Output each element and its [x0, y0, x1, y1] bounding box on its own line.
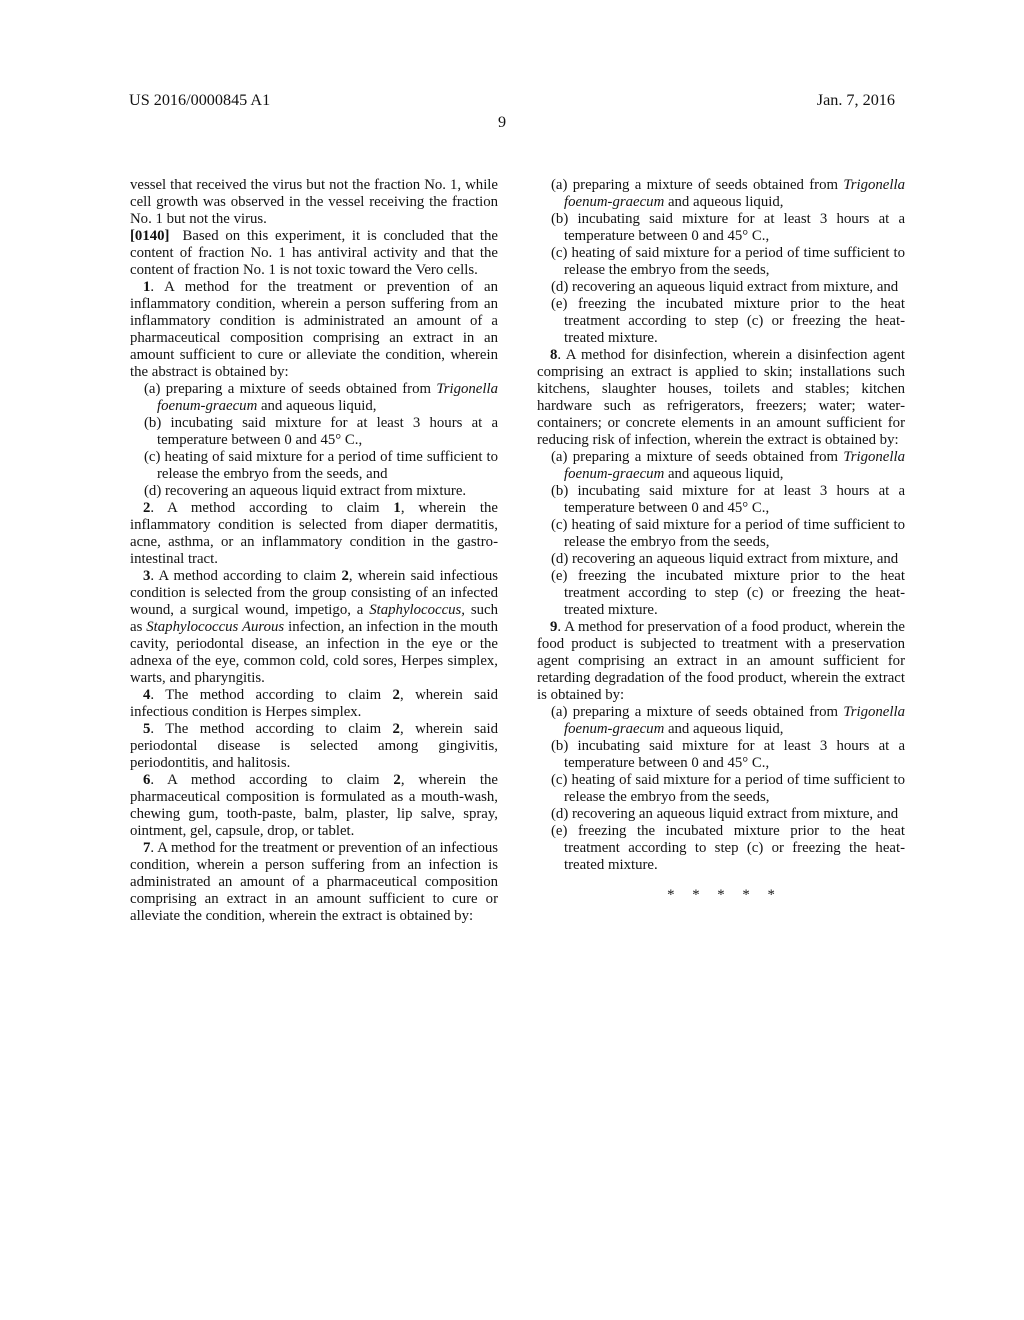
claim-step-b: (b) incubating said mixture for at least… [130, 415, 498, 449]
claim-paragraph: 6. A method according to claim 2, wherei… [130, 772, 498, 840]
text-run: 2 [341, 568, 348, 584]
claim-paragraph: 7. A method for the treatment or prevent… [130, 840, 498, 925]
claim-step-d: (d) recovering an aqueous liquid extract… [130, 483, 498, 500]
text-run: . A method for disinfection, wherein a d… [537, 347, 905, 448]
step-label: (b) [551, 738, 577, 754]
text-run: 2 [393, 772, 400, 788]
text-run: incubating said mixture for at least 3 h… [157, 415, 498, 448]
text-run: freezing the incubated mixture prior to … [564, 568, 905, 618]
step-label: (e) [551, 296, 578, 312]
text-run: heating of said mixture for a period of … [564, 245, 905, 278]
text-run: recovering an aqueous liquid extract fro… [572, 551, 898, 567]
claim-step-e: (e) freezing the incubated mixture prior… [537, 568, 905, 619]
text-run: . A method according to claim [150, 568, 341, 584]
step-label: (d) [551, 279, 572, 295]
text-run: 1 [393, 500, 400, 516]
claim-step-a: (a) preparing a mixture of seeds obtaine… [537, 177, 905, 211]
text-run: incubating said mixture for at least 3 h… [564, 483, 905, 516]
step-label: (b) [551, 211, 577, 227]
text-run: . A method according to claim [150, 500, 393, 516]
right-column: (a) preparing a mixture of seeds obtaine… [537, 177, 905, 925]
claim-step-b: (b) incubating said mixture for at least… [537, 483, 905, 517]
claim-paragraph: 3. A method according to claim 2, wherei… [130, 568, 498, 687]
paragraph-tag: [0140] [130, 228, 169, 244]
text-run: heating of said mixture for a period of … [157, 449, 498, 482]
patent-number: US 2016/0000845 A1 [129, 91, 270, 110]
claim-step-d: (d) recovering an aqueous liquid extract… [537, 551, 905, 568]
text-run: preparing a mixture of seeds obtained fr… [573, 449, 844, 465]
step-label: (a) [551, 704, 573, 720]
text-run: and aqueous liquid, [257, 398, 376, 414]
text-run: Staphylococcus Aurous [146, 619, 284, 635]
text-run: and aqueous liquid, [664, 466, 783, 482]
claim-paragraph: 1. A method for the treatment or prevent… [130, 279, 498, 381]
claim-paragraph: 9. A method for preservation of a food p… [537, 619, 905, 704]
text-run: * * * * * [667, 887, 775, 903]
claim-paragraph: 2. A method according to claim 1, wherei… [130, 500, 498, 568]
step-label: (a) [551, 177, 573, 193]
claim-step-e: (e) freezing the incubated mixture prior… [537, 823, 905, 874]
text-run: and aqueous liquid, [664, 194, 783, 210]
text-run: Based on this experiment, it is conclude… [130, 228, 498, 278]
step-label: (d) [551, 551, 572, 567]
text-run: Staphylococcus, [369, 602, 465, 618]
text-run: 2 [393, 687, 400, 703]
text-run: freezing the incubated mixture prior to … [564, 823, 905, 873]
step-label: (a) [551, 449, 573, 465]
body-paragraph: [0140]Based on this experiment, it is co… [130, 228, 498, 279]
text-run: . The method according to claim [150, 721, 392, 737]
claim-step-a: (a) preparing a mixture of seeds obtaine… [130, 381, 498, 415]
text-run: . A method according to claim [150, 772, 393, 788]
text-run: preparing a mixture of seeds obtained fr… [166, 381, 437, 397]
step-label: (d) [551, 806, 572, 822]
text-run: incubating said mixture for at least 3 h… [564, 738, 905, 771]
claim-step-b: (b) incubating said mixture for at least… [537, 738, 905, 772]
text-run: preparing a mixture of seeds obtained fr… [573, 704, 844, 720]
step-label: (b) [551, 483, 577, 499]
text-run: preparing a mixture of seeds obtained fr… [573, 177, 844, 193]
text-run: vessel that received the virus but not t… [130, 177, 498, 227]
claim-step-a: (a) preparing a mixture of seeds obtaine… [537, 449, 905, 483]
claim-step-e: (e) freezing the incubated mixture prior… [537, 296, 905, 347]
claim-step-d: (d) recovering an aqueous liquid extract… [537, 279, 905, 296]
page-number: 9 [0, 113, 1004, 132]
left-column: vessel that received the virus but not t… [130, 177, 498, 925]
step-label: (c) [551, 772, 571, 788]
text-run: heating of said mixture for a period of … [564, 772, 905, 805]
patent-page: US 2016/0000845 A1 Jan. 7, 2016 9 vessel… [0, 0, 1024, 1320]
text-run: . A method for the treatment or preventi… [130, 840, 498, 924]
step-label: (c) [551, 517, 571, 533]
claim-paragraph: 5. The method according to claim 2, wher… [130, 721, 498, 772]
step-label: (d) [144, 483, 165, 499]
claim-step-c: (c) heating of said mixture for a period… [537, 772, 905, 806]
text-run: and aqueous liquid, [664, 721, 783, 737]
text-run: recovering an aqueous liquid extract fro… [165, 483, 466, 499]
text-run: incubating said mixture for at least 3 h… [564, 211, 905, 244]
claim-step-c: (c) heating of said mixture for a period… [537, 245, 905, 279]
text-run: heating of said mixture for a period of … [564, 517, 905, 550]
text-run: . A method for the treatment or preventi… [130, 279, 498, 380]
text-run: freezing the incubated mixture prior to … [564, 296, 905, 346]
text-run: recovering an aqueous liquid extract fro… [572, 806, 898, 822]
text-run: . A method for preservation of a food pr… [537, 619, 905, 703]
publication-date: Jan. 7, 2016 [817, 91, 895, 110]
claim-paragraph: 8. A method for disinfection, wherein a … [537, 347, 905, 449]
body-paragraph: vessel that received the virus but not t… [130, 177, 498, 228]
claim-step-c: (c) heating of said mixture for a period… [130, 449, 498, 483]
step-label: (e) [551, 568, 578, 584]
page-header: US 2016/0000845 A1 Jan. 7, 2016 [129, 91, 895, 110]
claims-body: vessel that received the virus but not t… [130, 177, 905, 925]
step-label: (c) [144, 449, 164, 465]
step-label: (a) [144, 381, 166, 397]
claim-step-b: (b) incubating said mixture for at least… [537, 211, 905, 245]
text-run: . The method according to claim [150, 687, 392, 703]
step-label: (c) [551, 245, 571, 261]
claim-step-d: (d) recovering an aqueous liquid extract… [537, 806, 905, 823]
claim-step-c: (c) heating of said mixture for a period… [537, 517, 905, 551]
text-run: recovering an aqueous liquid extract fro… [572, 279, 898, 295]
end-of-claims-mark: * * * * * [537, 887, 905, 904]
claim-paragraph: 4. The method according to claim 2, wher… [130, 687, 498, 721]
text-run: 2 [393, 721, 400, 737]
step-label: (e) [551, 823, 578, 839]
step-label: (b) [144, 415, 170, 431]
claim-step-a: (a) preparing a mixture of seeds obtaine… [537, 704, 905, 738]
